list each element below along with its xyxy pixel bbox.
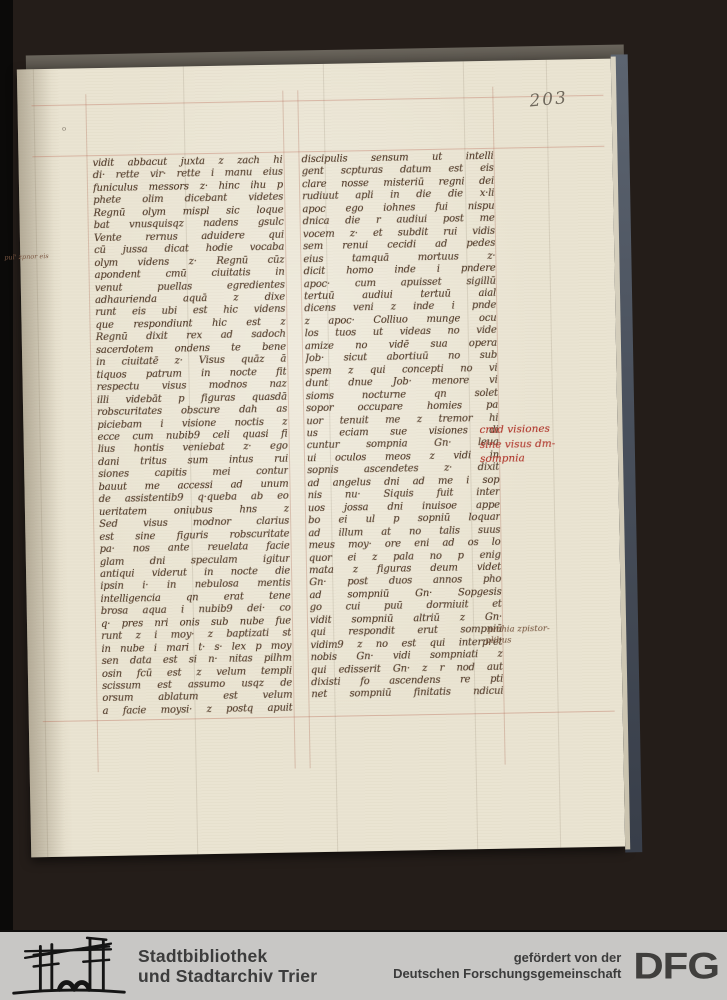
footer-library-block: Stadtbibliothek und Stadtarchiv Trier — [8, 935, 317, 997]
manuscript-text-line: sompnia — [480, 450, 598, 467]
funding-credit: gefördert von der Deutschen Forschungsge… — [393, 950, 621, 982]
library-name-line2: und Stadtarchiv Trier — [138, 966, 317, 986]
margin-rubric-red: crud visionessine visus dm-sompnia — [479, 421, 598, 467]
pencil-mark: o — [62, 125, 66, 133]
ruling-line-top — [31, 95, 603, 106]
manuscript-text-line: a facie moysi· z postq apuit — [103, 703, 293, 719]
footer-banner: Stadtbibliothek und Stadtarchiv Trier ge… — [0, 930, 727, 1000]
library-name: Stadtbibliothek und Stadtarchiv Trier — [138, 946, 317, 986]
manuscript-text-line: plibus — [485, 634, 589, 647]
text-column-left: vidit abbacut juxta z zach hidi· rette v… — [92, 155, 292, 719]
manuscript-photo-stage: 203 o vidit abbacut juxta z zach hidi· r… — [0, 0, 727, 930]
folio-number: 203 — [529, 88, 569, 111]
margin-note-left: pul' zpnor eis — [4, 250, 100, 261]
margin-note-right: ·pmhia zpistor-plibus — [485, 623, 589, 647]
dfg-logo: DFG — [633, 939, 719, 994]
library-name-line1: Stadtbibliothek — [138, 946, 317, 966]
funding-line2: Deutschen Forschungsgemeinschaft — [393, 966, 621, 982]
scan-edge-strip — [0, 0, 13, 930]
funding-line1: gefördert von der — [393, 950, 621, 966]
porta-nigra-logo — [8, 935, 130, 997]
footer-funding-block: gefördert von der Deutschen Forschungsge… — [393, 935, 719, 997]
text-column-right: discipulis sensum ut intelligent scptura… — [301, 151, 503, 702]
manuscript-page: 203 o vidit abbacut juxta z zach hidi· r… — [17, 59, 625, 858]
